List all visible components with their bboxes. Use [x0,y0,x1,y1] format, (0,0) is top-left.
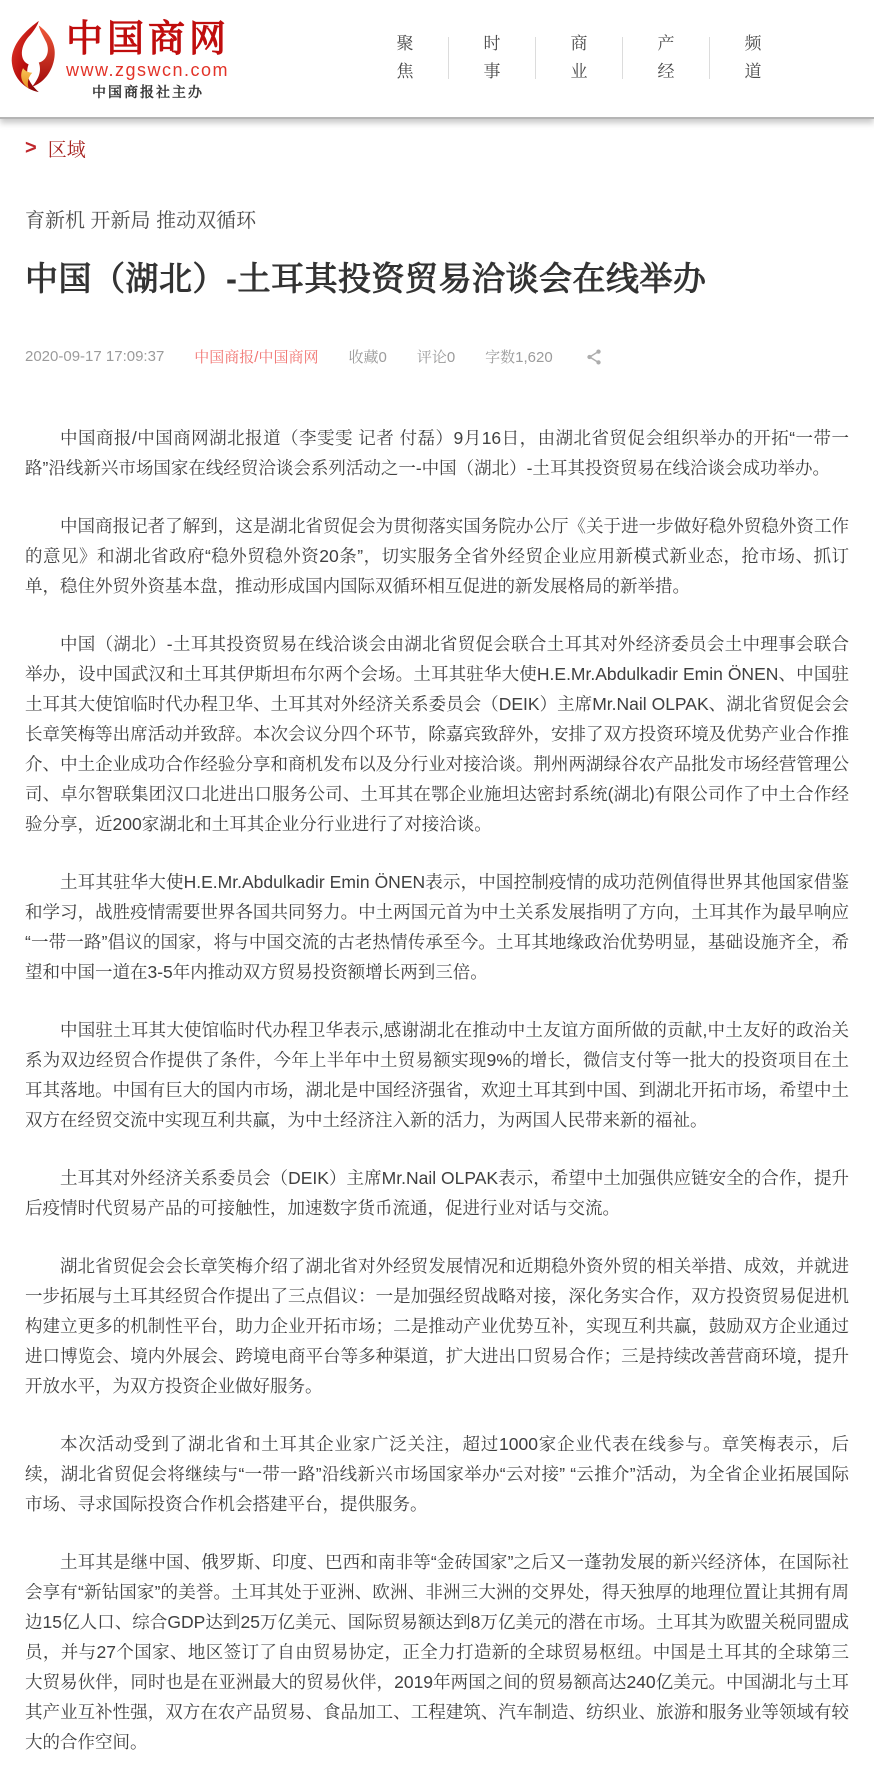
article-paragraph: 湖北省贸促会会长章笑梅介绍了湖北省对外经贸发展情况和近期稳外资外贸的相关举措、成… [25,1251,849,1401]
nav-item-label: 产经 [655,30,676,86]
flame-icon [8,20,66,99]
nav-item-label: 频道 [742,30,763,86]
main-nav: 聚焦时事商业产经频道 [362,30,796,86]
article-paragraph: 土耳其驻华大使H.E.Mr.Abdulkadir Emin ÖNEN表示，中国控… [25,867,849,987]
breadcrumb-arrow-icon: > [25,137,37,160]
nav-item-label: 时事 [481,30,502,86]
publish-datetime: 2020-09-17 17:09:37 [25,348,164,365]
comments-button[interactable]: 评论0 [417,346,455,367]
article-title: 中国（湖北）-土耳其投资贸易洽谈会在线举办 [25,258,849,300]
article-meta: 2020-09-17 17:09:37 中国商报/中国商网 收藏0 评论0 字数… [25,346,849,367]
logo-organizer: 中国商报社主办 [66,83,230,101]
breadcrumb: > 区域 [0,119,874,162]
article-paragraph: 土耳其是继中国、俄罗斯、印度、巴西和南非等“金砖国家”之后又一蓬勃发展的新兴经济… [25,1547,849,1757]
article-kicker: 育新机 开新局 推动双循环 [25,204,849,233]
page: 中国商网 www.zgswcn.com 中国商报社主办 聚焦时事商业产经频道 >… [0,0,874,1777]
nav-item-1[interactable]: 聚焦 [362,30,448,86]
site-logo[interactable]: 中国商网 www.zgswcn.com 中国商报社主办 [8,20,230,101]
article-paragraph: 中国商报记者了解到，这是湖北省贸促会为贯彻落实国务院办公厅《关于进一步做好稳外贸… [25,511,849,601]
article-paragraph: 本次活动受到了湖北省和土耳其企业家广泛关注，超过1000家企业代表在线参与。章笑… [25,1429,849,1519]
nav-item-2[interactable]: 时事 [449,30,535,86]
logo-url: www.zgswcn.com [66,59,230,81]
breadcrumb-section-link[interactable]: 区域 [48,135,86,162]
nav-item-5[interactable]: 频道 [710,30,796,86]
word-count: 字数1,620 [485,346,553,367]
article-paragraph: 中国（湖北）-土耳其投资贸易在线洽谈会由湖北省贸促会联合土耳其对外经济委员会土中… [25,629,849,839]
article-paragraph: 中国商报/中国商网湖北报道（李雯雯 记者 付磊）9月16日，由湖北省贸促会组织举… [25,423,849,483]
nav-item-label: 商业 [568,30,589,86]
nav-item-3[interactable]: 商业 [536,30,622,86]
logo-text: 中国商网 www.zgswcn.com 中国商报社主办 [66,20,230,101]
article-paragraph: 土耳其对外经济关系委员会（DEIK）主席Mr.Nail OLPAK表示，希望中土… [25,1163,849,1223]
favorite-button[interactable]: 收藏0 [348,346,386,367]
article-body: 中国商报/中国商网湖北报道（李雯雯 记者 付磊）9月16日，由湖北省贸促会组织举… [25,423,849,1757]
source-link[interactable]: 中国商报/中国商网 [194,346,318,367]
article-paragraph: 中国驻土耳其大使馆临时代办程卫华表示,感谢湖北在推动中土友谊方面所做的贡献,中土… [25,1015,849,1135]
site-header: 中国商网 www.zgswcn.com 中国商报社主办 聚焦时事商业产经频道 [0,0,874,119]
nav-item-4[interactable]: 产经 [623,30,709,86]
nav-item-label: 聚焦 [394,30,415,86]
logo-title: 中国商网 [66,20,230,58]
share-icon[interactable] [585,348,603,366]
